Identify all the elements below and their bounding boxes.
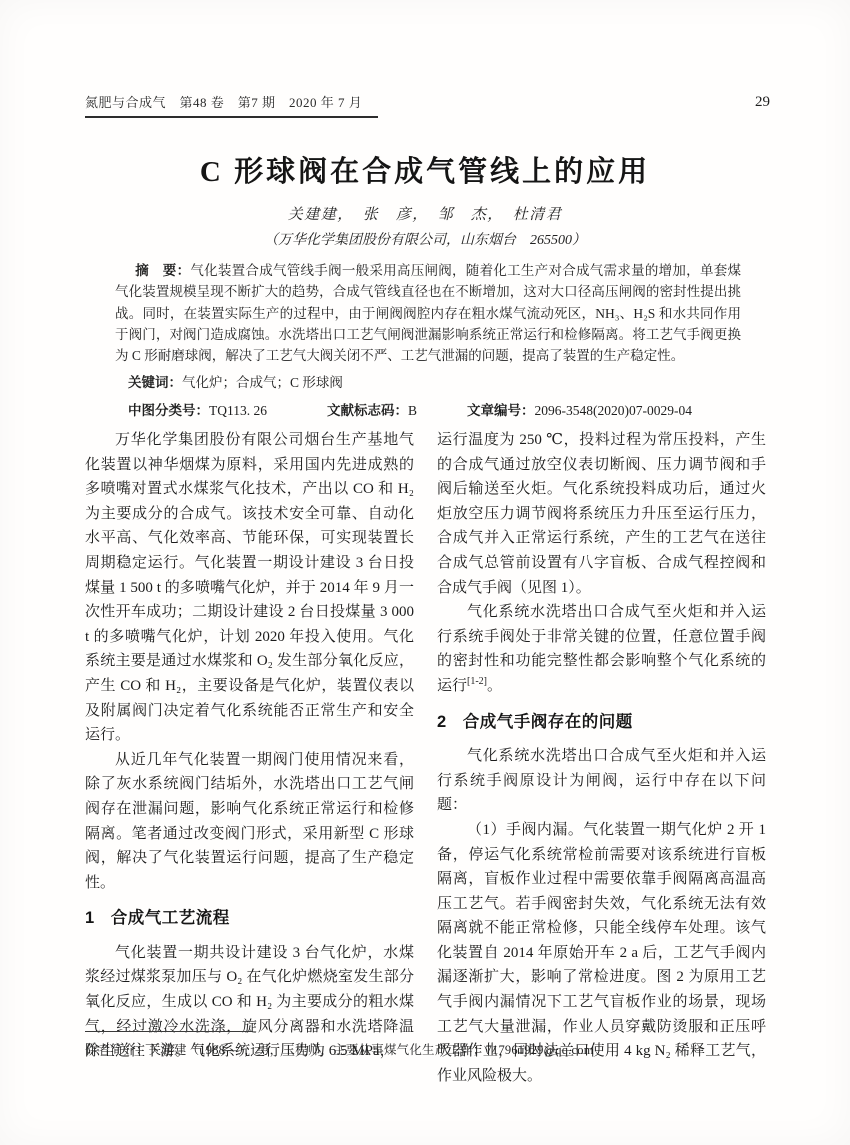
author-bio-footnote: 作者简介：关建建（1988—），男，工程师，主要从事煤气化生产工作；717961… (85, 1040, 747, 1058)
section-1-number: 1 (85, 909, 95, 927)
clc-group: 中图分类号：TQ113. 26 (128, 403, 267, 418)
clc-label: 中图分类号： (128, 403, 209, 418)
body-left-column: 万华化学集团股份有限公司烟台生产基地气化装置以神华烟煤为原料，采用国内先进成熟的… (85, 428, 414, 1088)
page-header: 氮肥与合成气 第48 卷 第7 期 2020 年 7 月 29 (85, 92, 770, 118)
section-1-title: 合成气工艺流程 (111, 909, 230, 927)
journal-page: 氮肥与合成气 第48 卷 第7 期 2020 年 7 月 29 C 形球阀在合成… (0, 0, 850, 1145)
article-id-group: 文章编号：2096-3548(2020)07-0029-04 (467, 403, 692, 418)
paragraph-valve-importance: 气化系统水洗塔出口合成气至火炬和并入运行系统手阀处于非常关键的位置，任意位置手阀… (437, 600, 766, 698)
paragraph-section2-intro: 气化系统水洗塔出口合成气至火炬和并入运行系统手阀原设计为闸阀，运行中存在以下问题… (437, 744, 766, 818)
section-1-heading: 1合成气工艺流程 (85, 906, 414, 931)
citation-ref: [1-2] (467, 676, 487, 687)
article-title: C 形球阀在合成气管线上的应用 (0, 149, 850, 190)
keywords-label: 关键词： (128, 375, 182, 390)
section-2-heading: 2合成气手阀存在的问题 (437, 710, 766, 735)
authors-line: 关建建， 张 彦， 邹 杰， 杜清君 (0, 203, 850, 224)
doc-code-label: 文献标志码： (327, 403, 408, 418)
section-2-title: 合成气手阀存在的问题 (463, 713, 633, 731)
clc-value: TQ113. 26 (209, 403, 267, 418)
keywords-line: 关键词：气化炉；合成气；C 形球阀 (115, 371, 741, 391)
body-columns: 万华化学集团股份有限公司烟台生产基地气化装置以神华烟煤为原料，采用国内先进成熟的… (85, 428, 766, 1088)
page-number: 29 (755, 92, 770, 111)
doc-code-group: 文献标志码：B (327, 403, 417, 418)
valve-importance-end: 。 (487, 678, 502, 694)
paragraph-intro-1: 万华化学集团股份有限公司烟台生产基地气化装置以神华烟煤为原料，采用国内先进成熟的… (85, 428, 414, 748)
journal-issue-line: 氮肥与合成气 第48 卷 第7 期 2020 年 7 月 (85, 92, 378, 118)
abstract-text: 气化装置合成气管线手阀一般采用高压闸阀，随着化工生产对合成气需求量的增加，单套煤… (115, 263, 741, 363)
abstract-paragraph: 摘 要：气化装置合成气管线手阀一般采用高压闸阀，随着化工生产对合成气需求量的增加… (115, 260, 741, 366)
section-2-number: 2 (437, 713, 447, 731)
footnote-divider (85, 1031, 253, 1032)
paragraph-section1-cont: 运行温度为 250 ℃，投料过程为常压投料，产生的合成气通过放空仪表切断阀、压力… (437, 428, 766, 600)
keywords-text: 气化炉；合成气；C 形球阀 (182, 375, 343, 390)
paragraph-intro-2: 从近几年气化装置一期阀门使用情况来看，除了灰水系统阀门结垢外，水洗塔出口工艺气闸… (85, 748, 414, 896)
classification-line: 中图分类号：TQ113. 26文献标志码：B文章编号：2096-3548(202… (115, 399, 741, 419)
article-id-value: 2096-3548(2020)07-0029-04 (535, 403, 692, 418)
affiliation-line: （万华化学集团股份有限公司，山东烟台 265500） (0, 229, 850, 249)
article-id-label: 文章编号： (467, 403, 535, 418)
article-meta-block: 摘 要：气化装置合成气管线手阀一般采用高压闸阀，随着化工生产对合成气需求量的增加… (115, 260, 741, 419)
doc-code-value: B (408, 403, 417, 418)
body-right-column: 运行温度为 250 ℃，投料过程为常压投料，产生的合成气通过放空仪表切断阀、压力… (437, 428, 766, 1088)
abstract-label: 摘 要： (135, 263, 190, 278)
footnote-block: 作者简介：关建建（1988—），男，工程师，主要从事煤气化生产工作；717961… (85, 1031, 747, 1058)
